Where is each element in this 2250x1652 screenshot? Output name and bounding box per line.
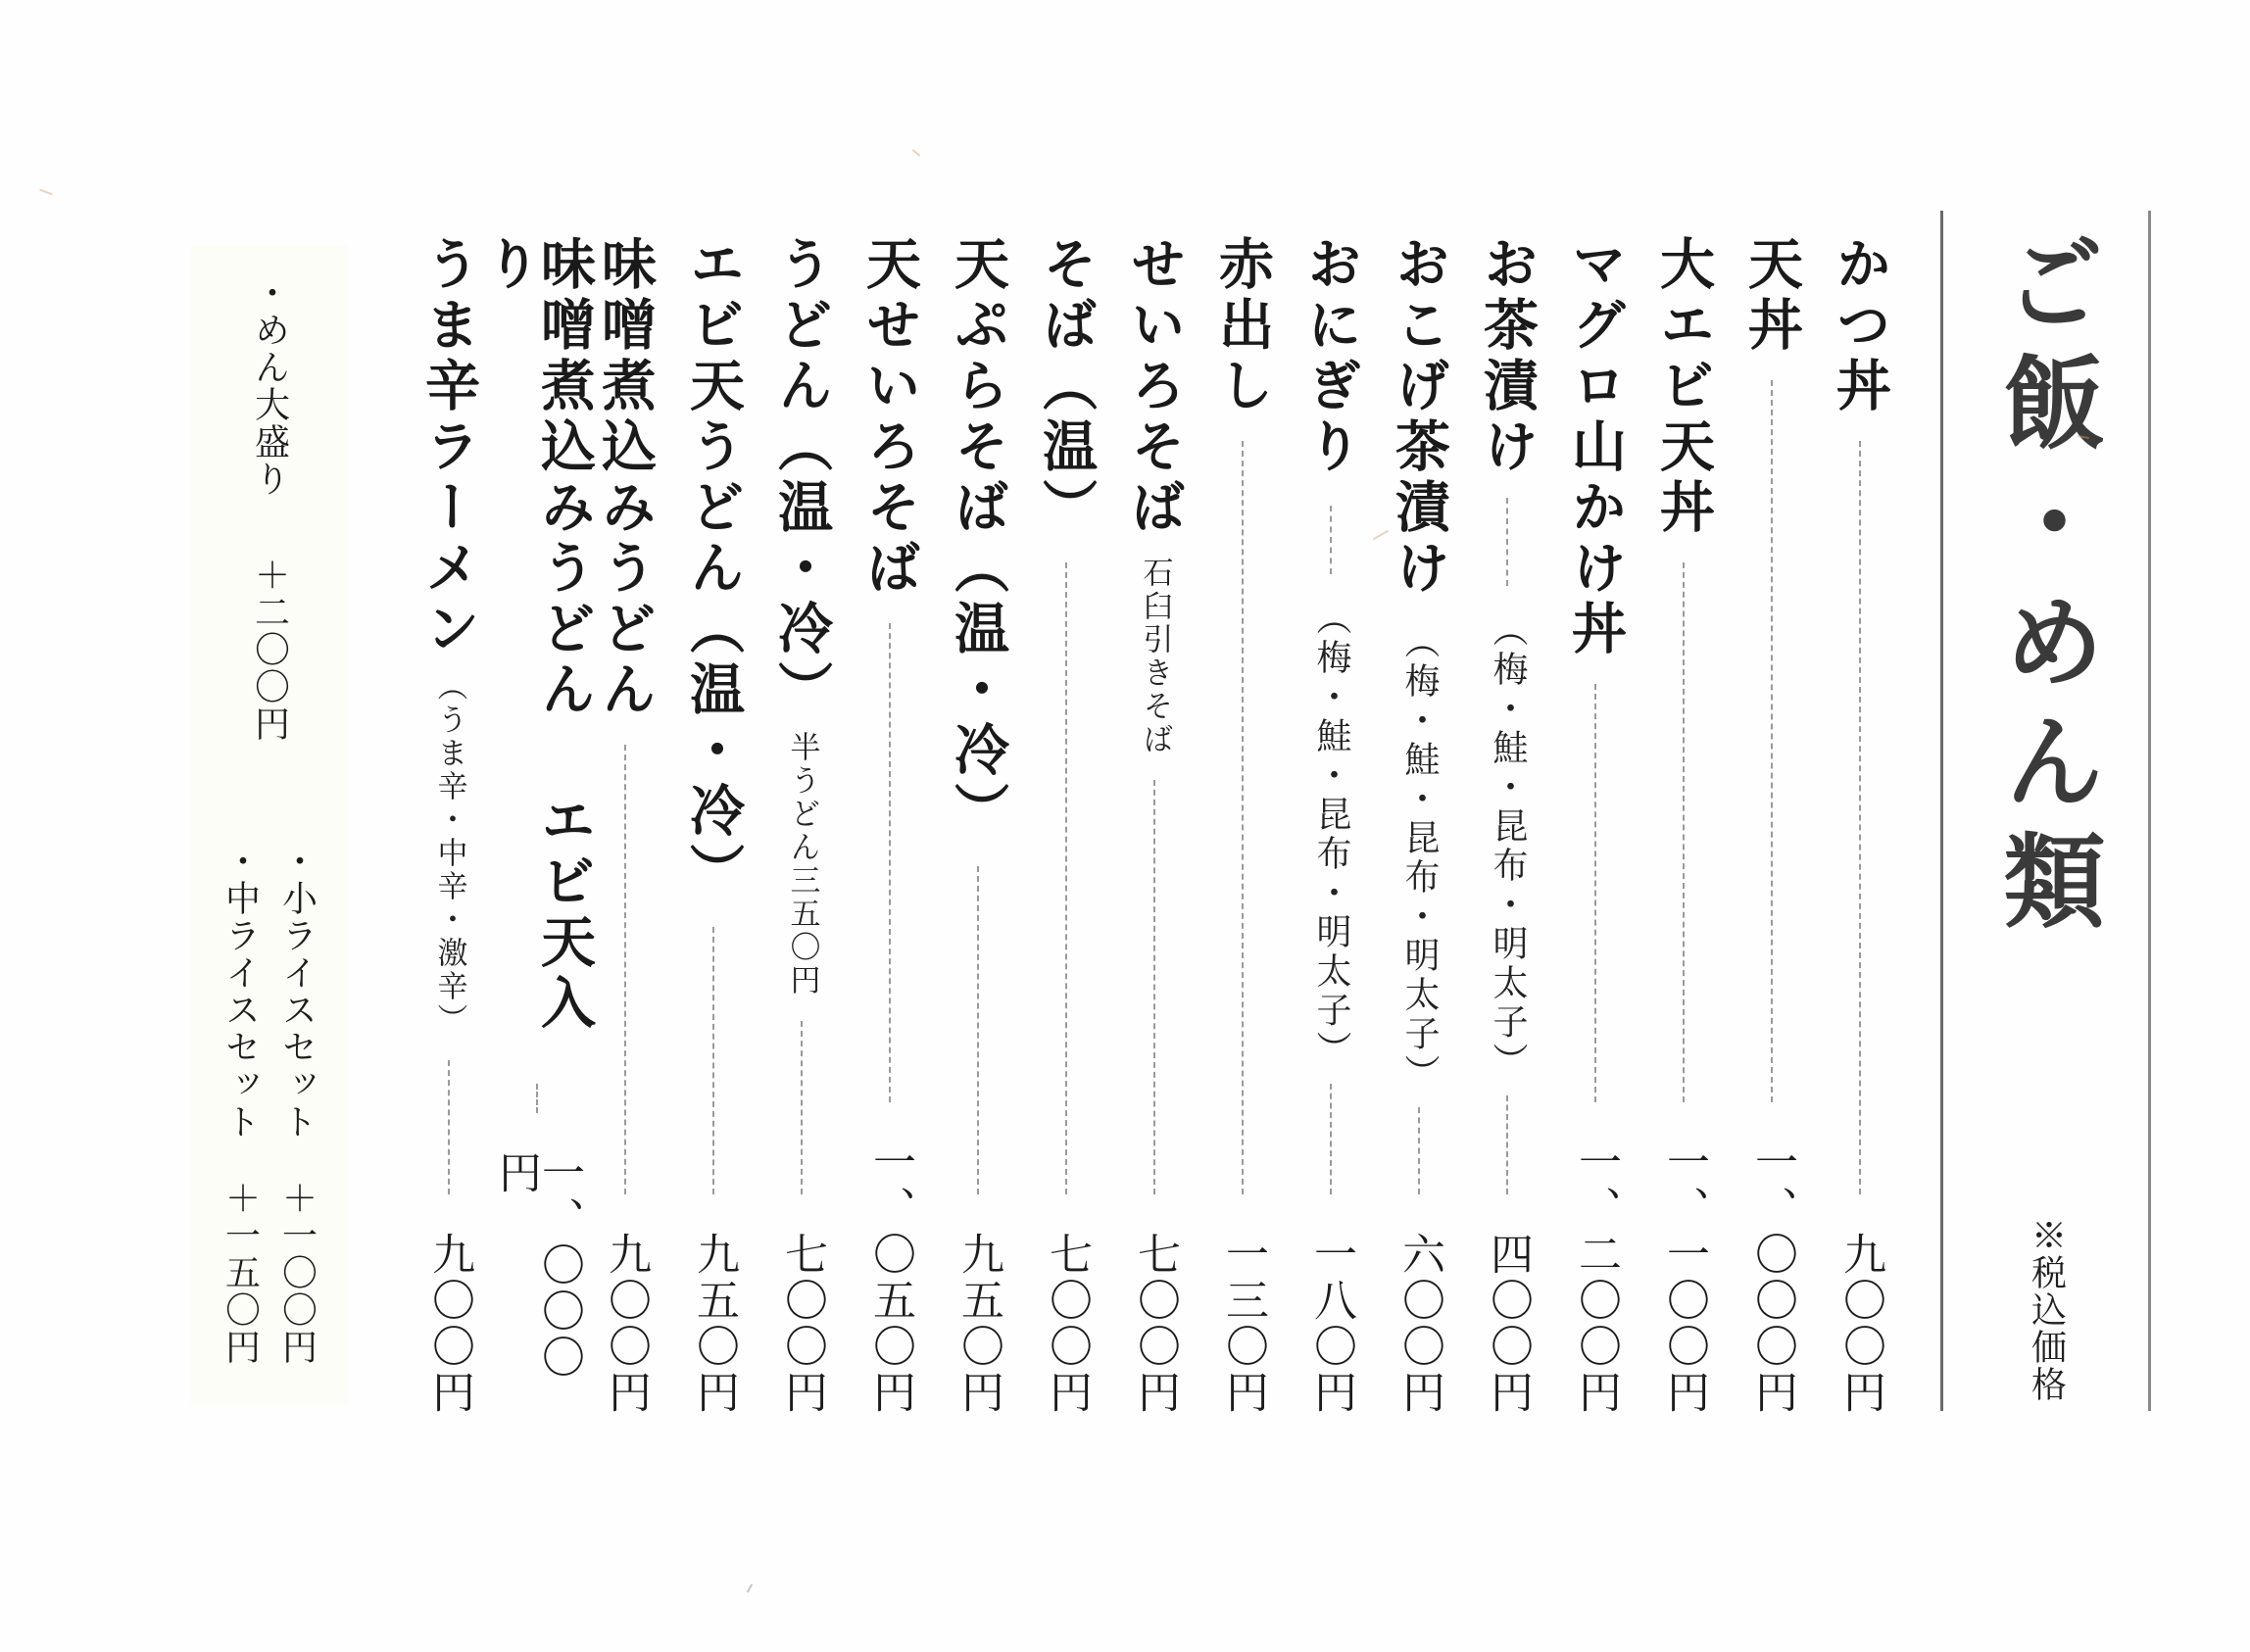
item-name: 赤出し xyxy=(1215,235,1270,417)
menu-item: せいろそば 石臼引きそば 七〇〇円 xyxy=(1115,235,1194,1416)
item-price: 一、〇五〇円 xyxy=(868,1140,911,1416)
menu-item: マグロ山かけ丼 一、二〇〇円 xyxy=(1556,235,1635,1416)
option-price: ＋一五〇円 xyxy=(220,1180,260,1366)
item-price: 七〇〇円 xyxy=(1133,1232,1176,1416)
title-panel: ご飯・めん類 ※税込価格 xyxy=(1940,211,2151,1411)
dotted-leader xyxy=(624,745,626,1194)
menu-item: お茶漬け （梅・鮭・昆布・明太子） 四〇〇円 xyxy=(1468,235,1546,1416)
dotted-leader xyxy=(1330,506,1332,574)
item-price: 一、〇〇〇円 xyxy=(1750,1140,1793,1416)
menu-item: 味噌煮込みうどん 九〇〇円 xyxy=(586,235,664,1416)
item-name: マグロ山かけ丼 xyxy=(1568,235,1623,660)
side-option: ・めん大盛り＋二〇〇円 xyxy=(248,274,289,743)
dotted-leader xyxy=(977,866,979,1194)
menu-item: 天ぷらそば（温・冷） 九五〇円 xyxy=(939,235,1017,1416)
item-variants: （梅・鮭・昆布・明太子） xyxy=(1401,623,1437,1093)
menu-item: 味噌煮込みうどん エビ天入り 一、〇〇〇円 xyxy=(498,235,576,1416)
item-name: おにぎり xyxy=(1303,235,1358,478)
dotted-leader xyxy=(1153,780,1155,1194)
menu-item: 大エビ天丼 一、一〇〇円 xyxy=(1644,235,1723,1416)
menu-item: おこげ茶漬け （梅・鮭・昆布・明太子） 六〇〇円 xyxy=(1380,235,1458,1416)
item-name: エビ天うどん（温・冷） xyxy=(686,235,741,903)
item-price: 九〇〇円 xyxy=(1838,1232,1882,1416)
item-name: 天丼 xyxy=(1744,235,1799,357)
item-name: 天ぷらそば（温・冷） xyxy=(951,235,1005,843)
dotted-leader xyxy=(1594,684,1596,1102)
dotted-leader xyxy=(1065,562,1067,1194)
side-options-panel: ・めん大盛り＋二〇〇円 ・小ライスセット＋一〇〇円 ・中ライスセット＋一五〇円 xyxy=(191,245,348,1406)
item-price: 一、二〇〇円 xyxy=(1574,1140,1617,1416)
item-name: せいろそば xyxy=(1127,235,1182,539)
item-name: 味噌煮込みうどん エビ天入り xyxy=(482,235,592,1060)
item-variants: （梅・鮭・昆布・明太子） xyxy=(1313,600,1348,1070)
side-option: ・小ライスセット＋一〇〇円 xyxy=(275,843,317,1366)
dotted-leader xyxy=(1859,441,1861,1194)
dotted-leader xyxy=(448,1060,450,1194)
item-price: 一、一〇〇円 xyxy=(1662,1140,1705,1416)
paper-fiber xyxy=(912,149,921,157)
item-variants: （うま辛・中辛・激辛） xyxy=(434,670,465,1037)
menu-item: そば（温） 七〇〇円 xyxy=(1027,235,1105,1416)
item-variants: （梅・鮭・昆布・明太子） xyxy=(1490,611,1525,1082)
option-label: ・めん大盛り xyxy=(249,274,289,498)
menu-item: うどん（温・冷） 半うどん三五〇円 七〇〇円 xyxy=(762,235,841,1416)
tax-included-note: ※税込価格 xyxy=(2029,1217,2064,1403)
option-price: ＋二〇〇円 xyxy=(249,557,289,743)
dotted-leader xyxy=(1506,498,1508,586)
option-price: ＋一〇〇円 xyxy=(276,1180,317,1366)
item-price: 四〇〇円 xyxy=(1486,1232,1529,1416)
paper-fiber xyxy=(39,189,53,196)
item-name: うどん（温・冷） xyxy=(774,235,829,721)
item-name: 天せいろそば xyxy=(862,235,917,600)
dotted-leader xyxy=(801,1021,803,1194)
dotted-leader xyxy=(1418,1107,1420,1194)
dotted-leader xyxy=(712,927,714,1194)
menu-item: かつ丼 九〇〇円 xyxy=(1821,235,1899,1416)
item-price: 七〇〇円 xyxy=(1045,1232,1088,1416)
paper-fiber xyxy=(747,1583,754,1593)
item-name: 味噌煮込みうどん xyxy=(598,235,653,721)
dotted-leader xyxy=(1506,1095,1508,1194)
dotted-leader xyxy=(1242,441,1244,1194)
item-name: おこげ茶漬け xyxy=(1392,235,1446,600)
item-name: かつ丼 xyxy=(1833,235,1887,417)
item-name: お茶漬け xyxy=(1480,235,1535,478)
item-price: 九五〇円 xyxy=(956,1232,1000,1416)
option-label: ・中ライスセット xyxy=(220,843,260,1141)
menu-item: エビ天うどん（温・冷） 九五〇円 xyxy=(674,235,753,1416)
menu-item: おにぎり （梅・鮭・昆布・明太子） 一八〇円 xyxy=(1292,235,1370,1416)
item-price: 九〇〇円 xyxy=(604,1232,647,1416)
item-name: 大エビ天丼 xyxy=(1656,235,1711,539)
item-price: 一三〇円 xyxy=(1221,1232,1264,1416)
item-price: 一八〇円 xyxy=(1309,1232,1352,1416)
menu-item: 天せいろそば 一、〇五〇円 xyxy=(851,235,929,1416)
item-price: 九〇〇円 xyxy=(427,1232,470,1416)
item-price: 一、〇〇〇円 xyxy=(494,1150,580,1416)
menu-item: 赤出し 一三〇円 xyxy=(1203,235,1282,1416)
dotted-leader xyxy=(536,1084,538,1113)
side-option: ・中ライスセット＋一五〇円 xyxy=(219,843,260,1366)
page-title: ご飯・めん類 xyxy=(1995,230,2097,947)
item-note: 石臼引きそば xyxy=(1140,557,1170,756)
dotted-leader xyxy=(1330,1084,1332,1194)
item-note: 半うどん三五〇円 xyxy=(787,731,817,997)
item-name: うま辛ラーメン xyxy=(421,235,476,660)
dotted-leader xyxy=(1683,562,1685,1102)
menu-item: 天丼 一、〇〇〇円 xyxy=(1733,235,1811,1416)
item-price: 九五〇円 xyxy=(692,1232,735,1416)
item-price: 六〇〇円 xyxy=(1397,1232,1441,1416)
item-price: 七〇〇円 xyxy=(780,1232,823,1416)
dotted-leader xyxy=(889,623,891,1102)
item-name: そば（温） xyxy=(1039,235,1094,539)
dotted-leader xyxy=(1771,380,1773,1102)
option-label: ・小ライスセット xyxy=(276,843,317,1141)
menu-item: うま辛ラーメン （うま辛・中辛・激辛） 九〇〇円 xyxy=(410,235,488,1416)
